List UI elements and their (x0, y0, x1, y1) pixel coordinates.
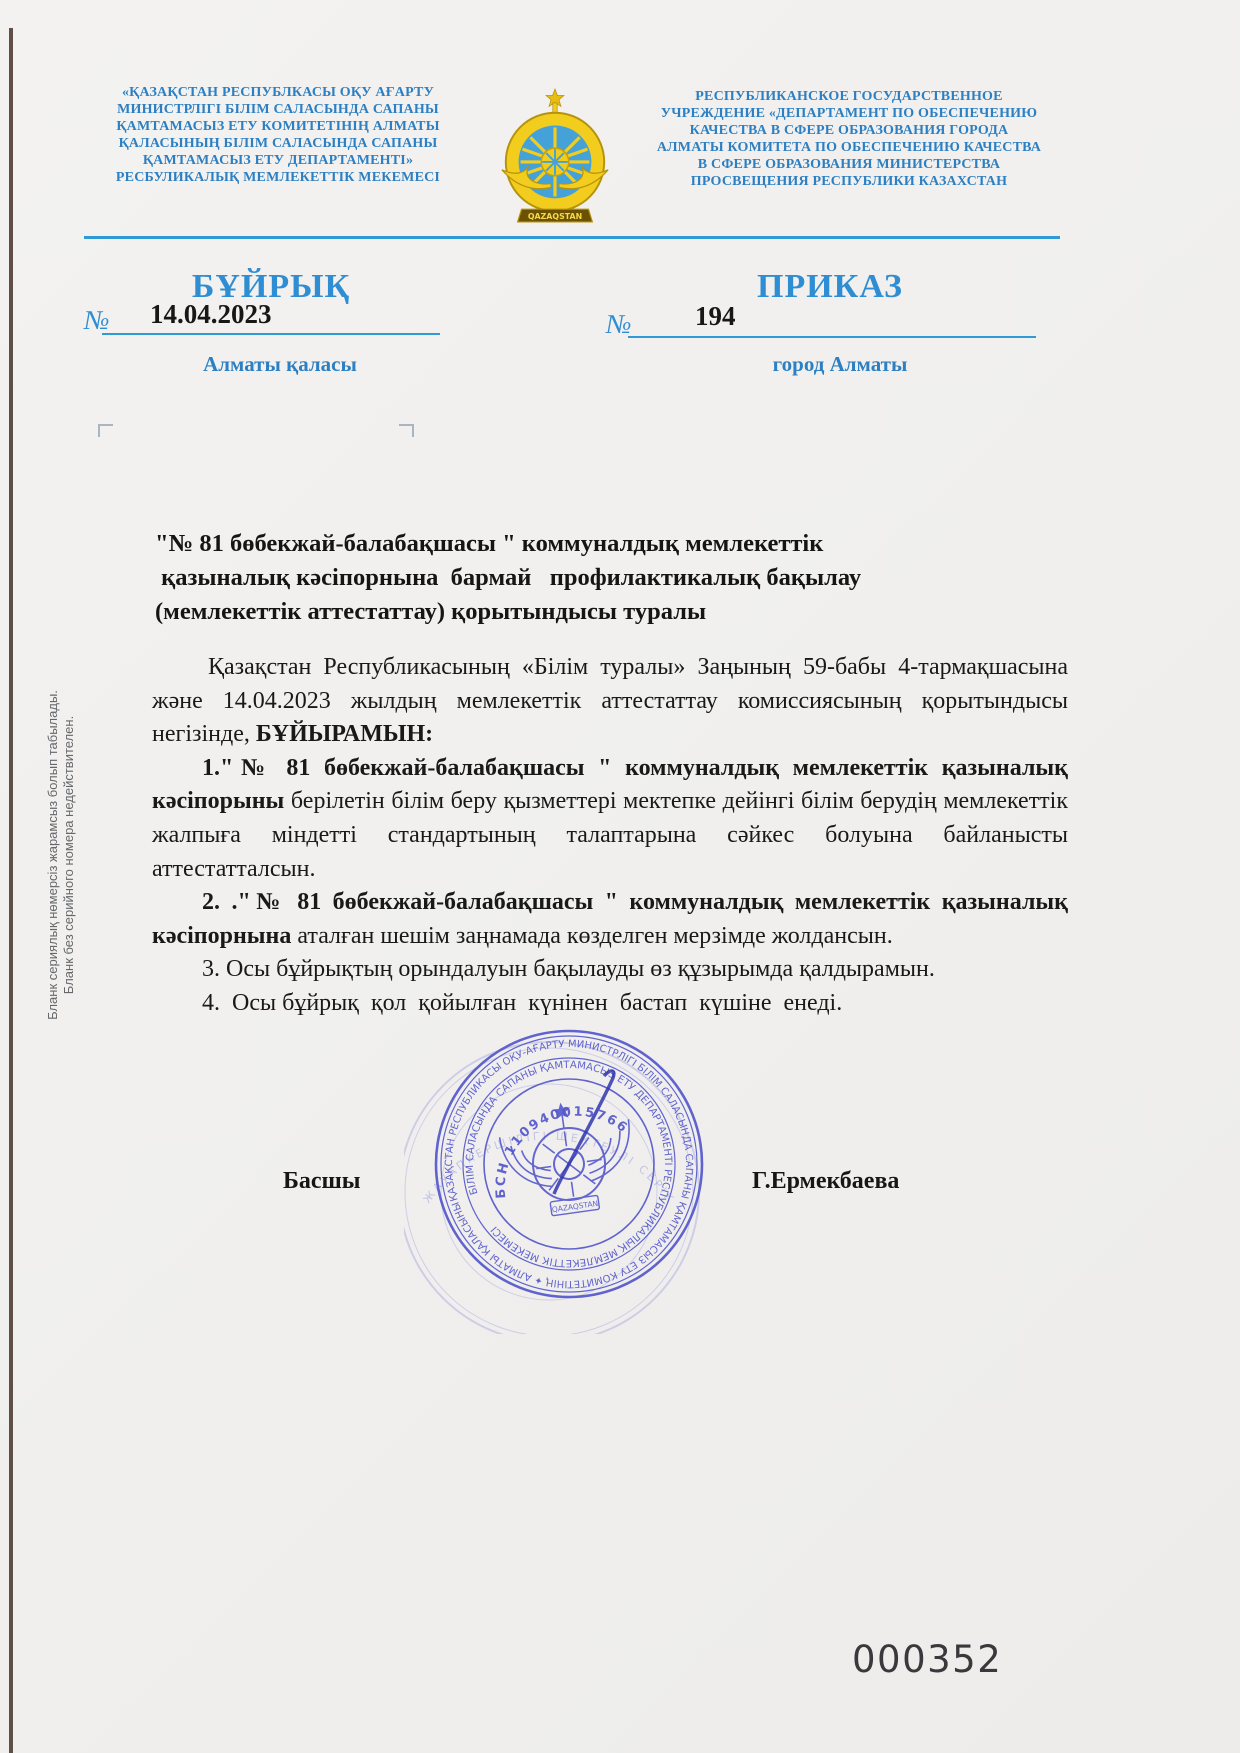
order-place-kazakh: Алматы қаласы (178, 352, 382, 377)
header-org-kazakh: «ҚАЗАҚСТАН РЕСПУБЛКАСЫ ОҚУ АҒАРТУ МИНИСТ… (88, 84, 468, 186)
scanned-order-document: «ҚАЗАҚСТАН РЕСПУБЛКАСЫ ОҚУ АҒАРТУ МИНИСТ… (0, 0, 1240, 1753)
org-line: В СФЕРЕ ОБРАЗОВАНИЯ МИНИСТЕРСТВА (634, 156, 1064, 173)
order-date-underline (102, 333, 440, 335)
header-divider-rule (84, 236, 1060, 239)
org-line: УЧРЕЖДЕНИЕ «ДЕПАРТАМЕНТ ПО ОБЕСПЕЧЕНИЮ (634, 105, 1064, 122)
order-item-2: 2. ."№ 81 бөбекжай-балабақшасы " коммуна… (152, 886, 1068, 953)
emblem-banner-text: QAZAQSTAN (528, 212, 582, 221)
subject-line: "№ 81 бөбекжай-балабақшасы " коммуналдық… (155, 527, 965, 561)
subject-line: қазыналық кәсіпорнына бармай профилактик… (155, 561, 965, 595)
org-line: АЛМАТЫ КОМИТЕТА ПО ОБЕСПЕЧЕНИЮ КАЧЕСТВА (634, 139, 1064, 156)
header-org-russian: РЕСПУБЛИКАНСКОЕ ГОСУДАРСТВЕННОЕ УЧРЕЖДЕН… (634, 88, 1064, 190)
order-body: Қазақстан Республикасының «Білім туралы»… (152, 651, 1068, 1021)
org-line: РЕСПУБЛИКАНСКОЕ ГОСУДАРСТВЕННОЕ (634, 88, 1064, 105)
org-line: «ҚАЗАҚСТАН РЕСПУБЛКАСЫ ОҚУ АҒАРТУ (88, 84, 468, 101)
order-item-3: 3. Осы бұйрықтың орындалуын бақылауды өз… (152, 953, 1068, 987)
order-item-1: 1."№ 81 бөбекжай-балабақшасы " коммуналд… (152, 752, 1068, 886)
order-number: 194 (695, 301, 736, 332)
order-number-underline (628, 336, 1036, 338)
order-date: 14.04.2023 (150, 299, 272, 330)
org-line: КАЧЕСТВА В СФЕРЕ ОБРАЗОВАНИЯ ГОРОДА (634, 122, 1064, 139)
order-place-russian: город Алматы (756, 352, 924, 377)
org-line: ПРОСВЕЩЕНИЯ РЕСПУБЛИКИ КАЗАХСТАН (634, 173, 1064, 190)
signature-name: Г.Ермекбаева (752, 1168, 899, 1195)
kazakhstan-emblem-icon: QAZAQSTAN (494, 83, 616, 233)
scan-edge-artifact (9, 28, 13, 1753)
org-line: РЕСБУЛИКАЛЫҚ МЕМЛЕКЕТТІК МЕКЕМЕСІ (88, 169, 468, 186)
org-line: ҚАМТАМАСЫЗ ЕТУ КОМИТЕТІНІҢ АЛМАТЫ (88, 118, 468, 135)
intro-paragraph: Қазақстан Республикасының «Білім туралы»… (152, 651, 1068, 752)
blank-serial-number: 000352 (852, 1638, 1002, 1681)
subject-line: (мемлекеттік аттестаттау) қорытындысы ту… (155, 595, 965, 629)
side-note-russian: Бланк без серийного номера недействителе… (61, 690, 77, 1020)
side-note-kazakh: Бланк сериялық нөмерсіз жарамсыз болып т… (45, 690, 61, 1020)
field-corner-mark-left (98, 424, 113, 437)
official-stamp: ЖАУАПКЕРШІЛІГІ ШЕКТЕУЛІ СЕРІКТЕСТІГІ ҚАЗ… (404, 1014, 724, 1334)
blank-validity-side-note: Бланк сериялық нөмерсіз жарамсыз болып т… (45, 690, 77, 1020)
order-no-label-left: № (84, 305, 109, 336)
org-line: МИНИСТРЛІГІ БІЛІМ САЛАСЫНДА САПАНЫ (88, 101, 468, 118)
order-title-russian: ПРИКАЗ (698, 268, 962, 306)
signature-position-title: Басшы (283, 1168, 361, 1195)
org-line: ҚАЛАСЫНЫҢ БІЛІМ САЛАСЫНДА САПАНЫ (88, 135, 468, 152)
order-subject-title: "№ 81 бөбекжай-балабақшасы " коммуналдық… (155, 527, 965, 629)
intro-decree-word: БҰЙЫРАМЫН: (256, 721, 433, 747)
org-line: ҚАМТАМАСЫЗ ЕТУ ДЕПАРТАМЕНТІ» (88, 152, 468, 169)
item2-text-part: аталған шешім заңнамада көзделген мерзім… (297, 923, 892, 949)
field-corner-mark-right (399, 424, 414, 437)
